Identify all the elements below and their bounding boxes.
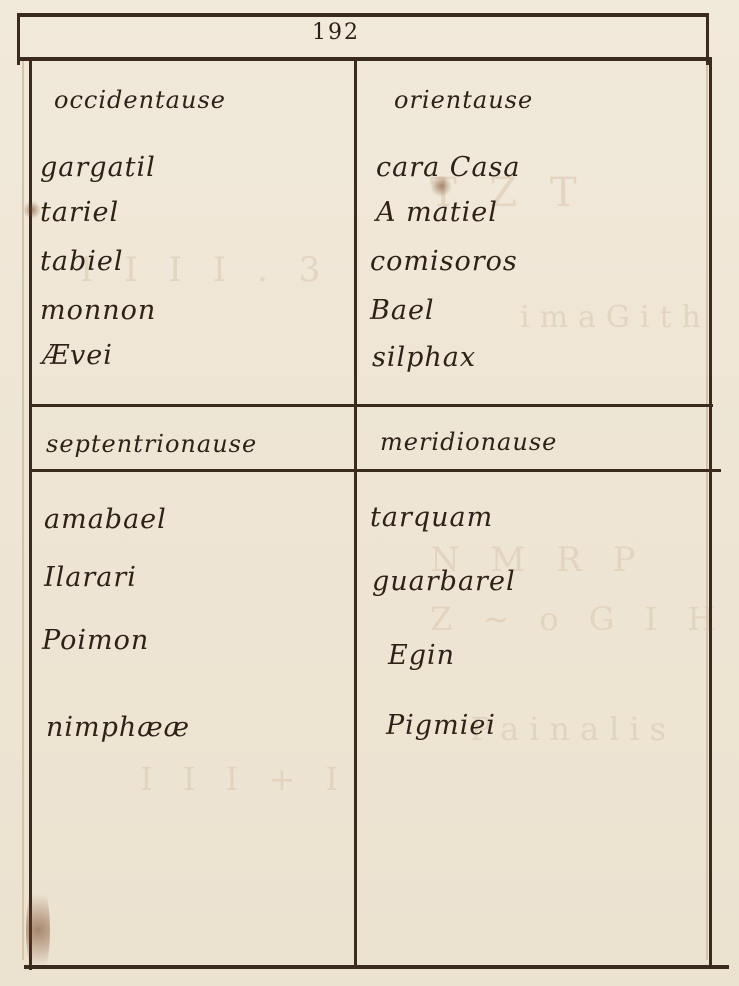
list-item: tabiel [40, 246, 123, 277]
bleedthrough-text: Painalis [470, 710, 676, 748]
table-left-rule [29, 58, 32, 970]
quadrant-header-west: occidentause [54, 86, 226, 114]
list-item: cara Casa [376, 152, 521, 183]
list-item: comisoros [370, 246, 518, 277]
list-item: tarquam [370, 502, 493, 533]
list-item: Egin [388, 640, 455, 671]
margin-rule [706, 60, 708, 960]
quadrant-header-north: septentrionause [46, 430, 257, 458]
quadrant-header-east: orientause [394, 86, 533, 114]
header-bottom-rule [17, 57, 712, 61]
list-item: amabael [44, 504, 167, 535]
list-item: Poimon [42, 625, 149, 656]
list-item: tariel [40, 197, 119, 228]
list-item: nimphææ [46, 712, 190, 743]
header-top-rule [17, 13, 709, 17]
list-item: silphax [372, 342, 476, 373]
bleedthrough-text: imaGith [520, 300, 711, 335]
bleedthrough-text: I I I + I [140, 760, 348, 798]
subheader-bottom-rule [29, 469, 721, 472]
ink-stain [26, 880, 50, 980]
list-item: Pigmiei [386, 710, 496, 741]
margin-rule [22, 60, 24, 960]
list-item: guarbarel [372, 566, 516, 597]
table-bottom-rule [24, 965, 729, 969]
manuscript-page: T Z T I I I I . 3 imaGith N M R P Z ~ o … [0, 0, 739, 986]
ink-stain [24, 200, 40, 220]
table-middle-rule [29, 404, 713, 407]
list-item: Bael [370, 295, 435, 326]
list-item: Ilarari [44, 562, 137, 593]
list-item: monnon [40, 295, 156, 326]
list-item: Ævei [42, 340, 113, 371]
list-item: gargatil [40, 152, 156, 183]
table-center-rule [354, 58, 357, 968]
list-item: A matiel [376, 197, 498, 228]
quadrant-header-south: meridionause [380, 428, 557, 456]
table-right-rule [709, 58, 712, 968]
page-number: 192 [312, 20, 360, 45]
bleedthrough-text: Z ~ o G I H [430, 600, 725, 638]
